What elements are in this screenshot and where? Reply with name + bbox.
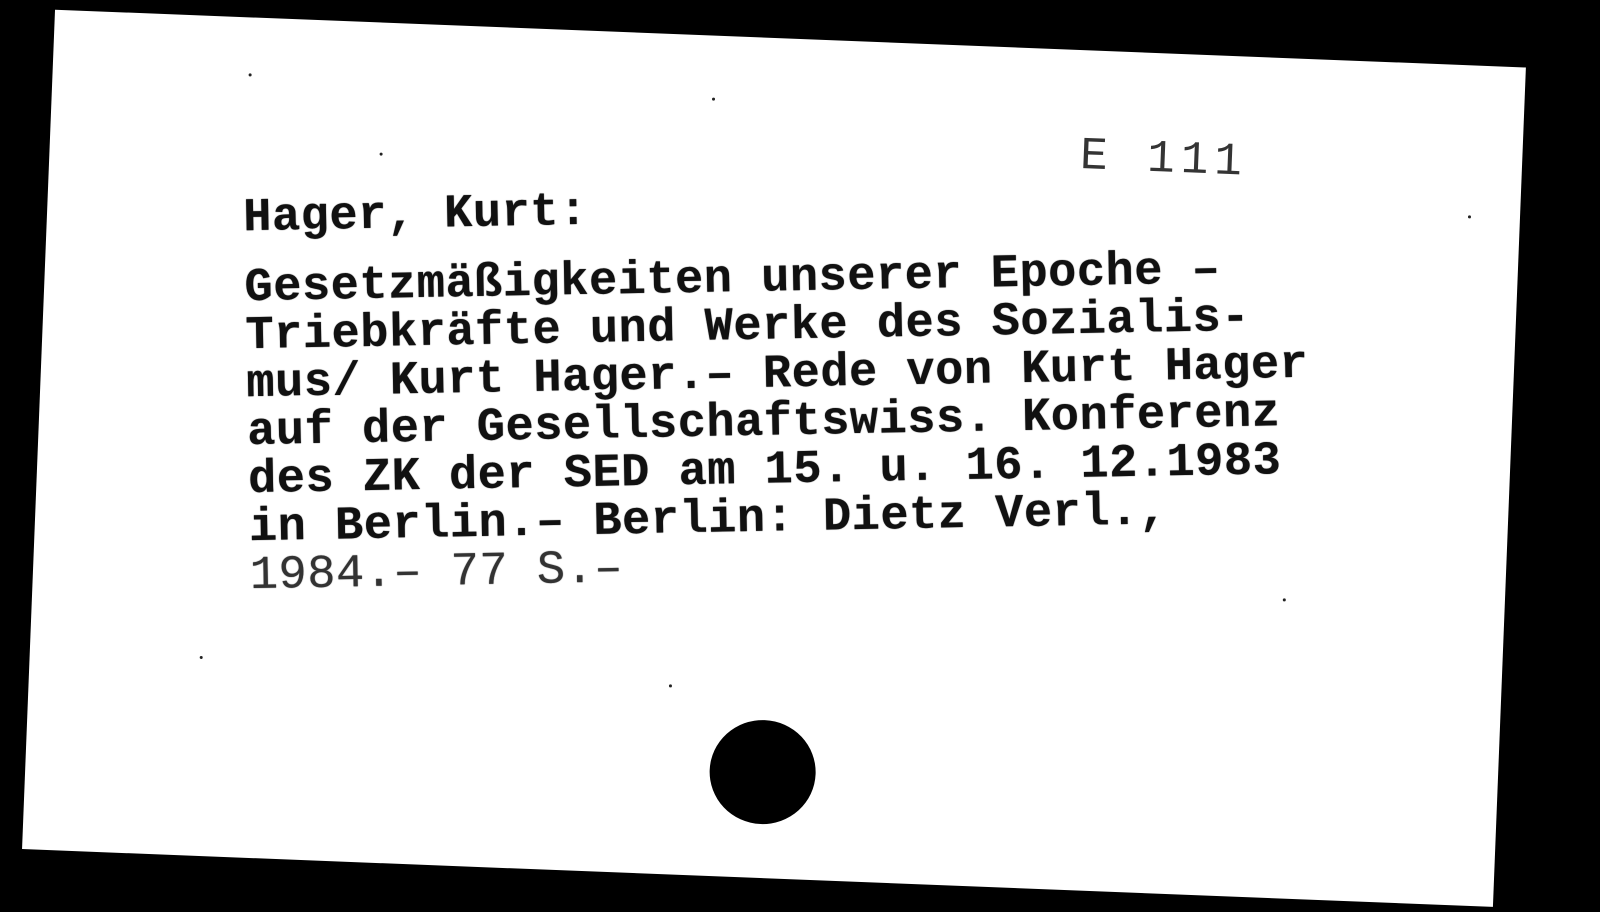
- catalog-card: E 111 Hager, Kurt: Gesetzmäßigkeiten uns…: [22, 10, 1526, 907]
- dust-speck: [1283, 598, 1286, 601]
- author-heading: Hager, Kurt:: [243, 173, 1444, 243]
- dust-speck: [200, 656, 203, 659]
- dust-speck: [669, 684, 672, 687]
- scan-stage: E 111 Hager, Kurt: Gesetzmäßigkeiten uns…: [0, 0, 1600, 912]
- dust-speck: [249, 73, 252, 76]
- dust-speck: [712, 98, 715, 101]
- card-text-block: Hager, Kurt: Gesetzmäßigkeiten unserer E…: [243, 173, 1450, 601]
- dust-speck: [380, 153, 383, 156]
- punch-hole: [708, 718, 818, 826]
- dust-speck: [1468, 215, 1471, 218]
